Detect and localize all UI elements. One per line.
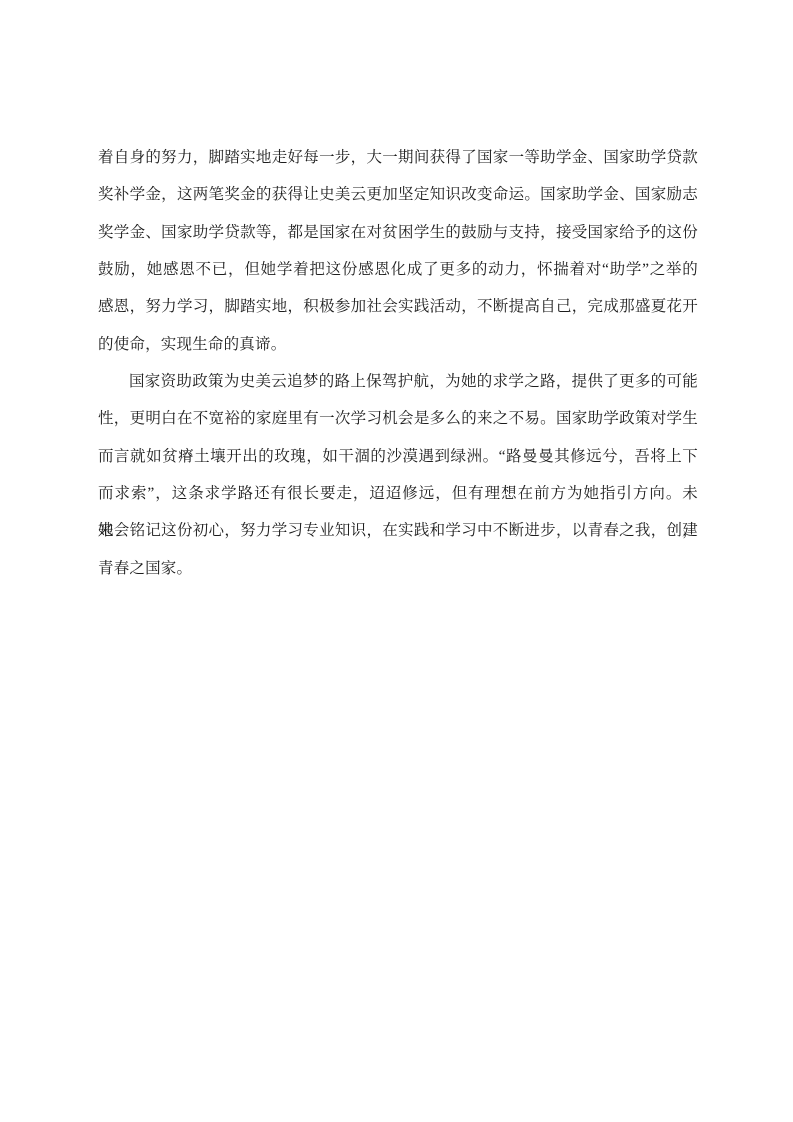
text-line: 国家资助政策为史美云追梦的路上保驾护航，为她的求学之路，提供了更多的可能: [98, 363, 698, 400]
text-line: 奖补学金，这两笔奖金的获得让史美云更加坚定知识改变命运。国家助学金、国家励志: [98, 176, 698, 213]
text-line: 着自身的努力，脚踏实地走好每一步，大一期间获得了国家一等助学金、国家助学贷款: [98, 139, 698, 176]
text-line: 而言就如贫瘠土壤开出的玫瑰，如干涸的沙漠遇到绿洲。“路曼曼其修远兮，吾将上下: [98, 438, 698, 475]
text-line: 青春之国家。: [98, 550, 698, 587]
text-line: 奖学金、国家助学贷款等，都是国家在对贫困学生的鼓励与支持，接受国家给予的这份: [98, 214, 698, 251]
text-line: 而求索”，这条求学路还有很长要走，迢迢修远，但有理想在前方为她指引方向。未来，: [98, 475, 698, 512]
text-line: 她会铭记这份初心，努力学习专业知识，在实践和学习中不断进步，以青春之我，创建: [98, 512, 698, 549]
text-line: 的使命，实现生命的真谛。: [98, 326, 698, 363]
text-column: 着自身的努力，脚踏实地走好每一步，大一期间获得了国家一等助学金、国家助学贷款奖补…: [98, 139, 698, 587]
text-line: 鼓励，她感恩不已，但她学着把这份感恩化成了更多的动力，怀揣着对“助学”之举的: [98, 251, 698, 288]
text-line: 感恩，努力学习，脚踏实地，积极参加社会实践活动，不断提高自己，完成那盛夏花开: [98, 288, 698, 325]
document-page: 着自身的努力，脚踏实地走好每一步，大一期间获得了国家一等助学金、国家助学贷款奖补…: [0, 0, 793, 1122]
text-line: 性，更明白在不宽裕的家庭里有一次学习机会是多么的来之不易。国家助学政策对学生: [98, 400, 698, 437]
